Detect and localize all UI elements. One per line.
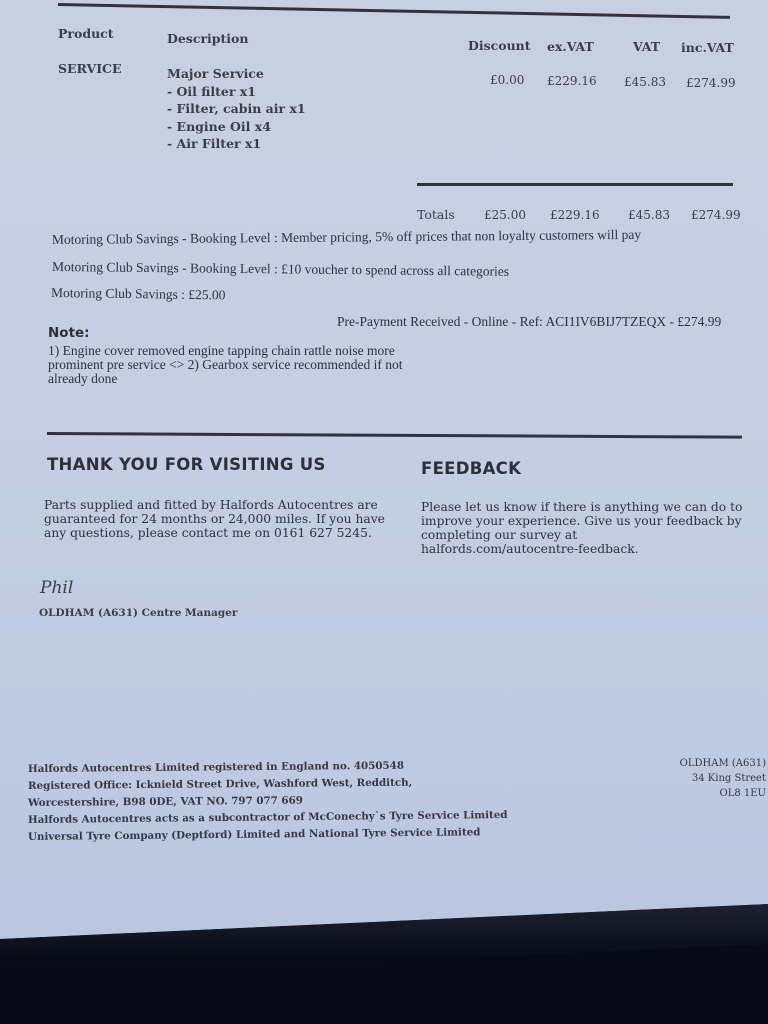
totals-ex-vat: £229.16 [550, 208, 600, 222]
section-divider [47, 432, 742, 439]
address-line: OLDHAM (A631) [680, 756, 766, 771]
thanks-title: THANK YOU FOR VISITING US [47, 455, 326, 474]
savings-line: Motoring Club Savings - Booking Level : … [52, 259, 509, 280]
note-title: Note: [48, 325, 90, 341]
savings-line: Motoring Club Savings : £25.00 [51, 285, 226, 303]
description-title: Major Service [167, 65, 306, 83]
feedback-line: improve your experience. Give us your fe… [421, 514, 742, 528]
totals-divider [417, 183, 733, 186]
savings-line: Motoring Club Savings - Booking Level : … [52, 227, 641, 248]
description-item: - Filter, cabin air x1 [167, 100, 306, 118]
legal-line: Universal Tyre Company (Deptford) Limite… [28, 824, 508, 846]
top-divider [58, 3, 730, 19]
row-vat: £45.83 [624, 75, 666, 89]
thanks-body: Parts supplied and fitted by Halfords Au… [44, 498, 385, 540]
legal-text: Halfords Autocentres Limited registered … [28, 761, 508, 846]
header-discount: Discount [468, 38, 531, 53]
feedback-line: completing our survey at [421, 528, 742, 542]
note-body: 1) Engine cover removed engine tapping c… [48, 344, 402, 386]
description-item: - Oil filter x1 [167, 83, 306, 101]
row-description: Major Service - Oil filter x1 - Filter, … [167, 65, 306, 153]
description-item: - Air Filter x1 [167, 135, 306, 153]
totals-inc-vat: £274.99 [691, 208, 741, 222]
header-product: Product [58, 26, 114, 41]
row-ex-vat: £229.16 [547, 74, 597, 88]
thanks-line: any questions, please contact me on 0161… [44, 526, 385, 540]
description-item: - Engine Oil x4 [167, 118, 306, 136]
feedback-title: FEEDBACK [421, 459, 521, 478]
note-line: already done [48, 372, 402, 386]
row-inc-vat: £274.99 [686, 76, 736, 90]
totals-discount: £25.00 [484, 208, 526, 222]
note-line: 1) Engine cover removed engine tapping c… [48, 344, 402, 358]
header-vat: VAT [633, 39, 660, 54]
header-inc-vat: inc.VAT [681, 40, 734, 55]
header-ex-vat: ex.VAT [547, 39, 594, 54]
payment-reference: Pre-Payment Received - Online - Ref: ACI… [337, 314, 721, 330]
header-description: Description [167, 31, 248, 46]
centre-address: OLDHAM (A631) 34 King Street OL8 1EU [680, 756, 766, 801]
background-surface [0, 904, 768, 1024]
totals-label: Totals [417, 207, 455, 222]
totals-vat: £45.83 [628, 208, 670, 222]
feedback-link[interactable]: halfords.com/autocentre-feedback. [421, 542, 742, 556]
address-line: 34 King Street [680, 771, 766, 786]
row-product: SERVICE [58, 61, 122, 76]
signature: Phil [40, 578, 73, 598]
signature-role: OLDHAM (A631) Centre Manager [39, 607, 237, 619]
row-discount: £0.00 [490, 73, 524, 87]
note-line: prominent pre service <> 2) Gearbox serv… [48, 358, 402, 372]
feedback-body: Please let us know if there is anything … [421, 500, 742, 556]
address-line: OL8 1EU [680, 786, 766, 801]
thanks-line: Parts supplied and fitted by Halfords Au… [44, 498, 385, 512]
thanks-line: guaranteed for 24 months or 24,000 miles… [44, 512, 385, 526]
feedback-line: Please let us know if there is anything … [421, 500, 742, 514]
